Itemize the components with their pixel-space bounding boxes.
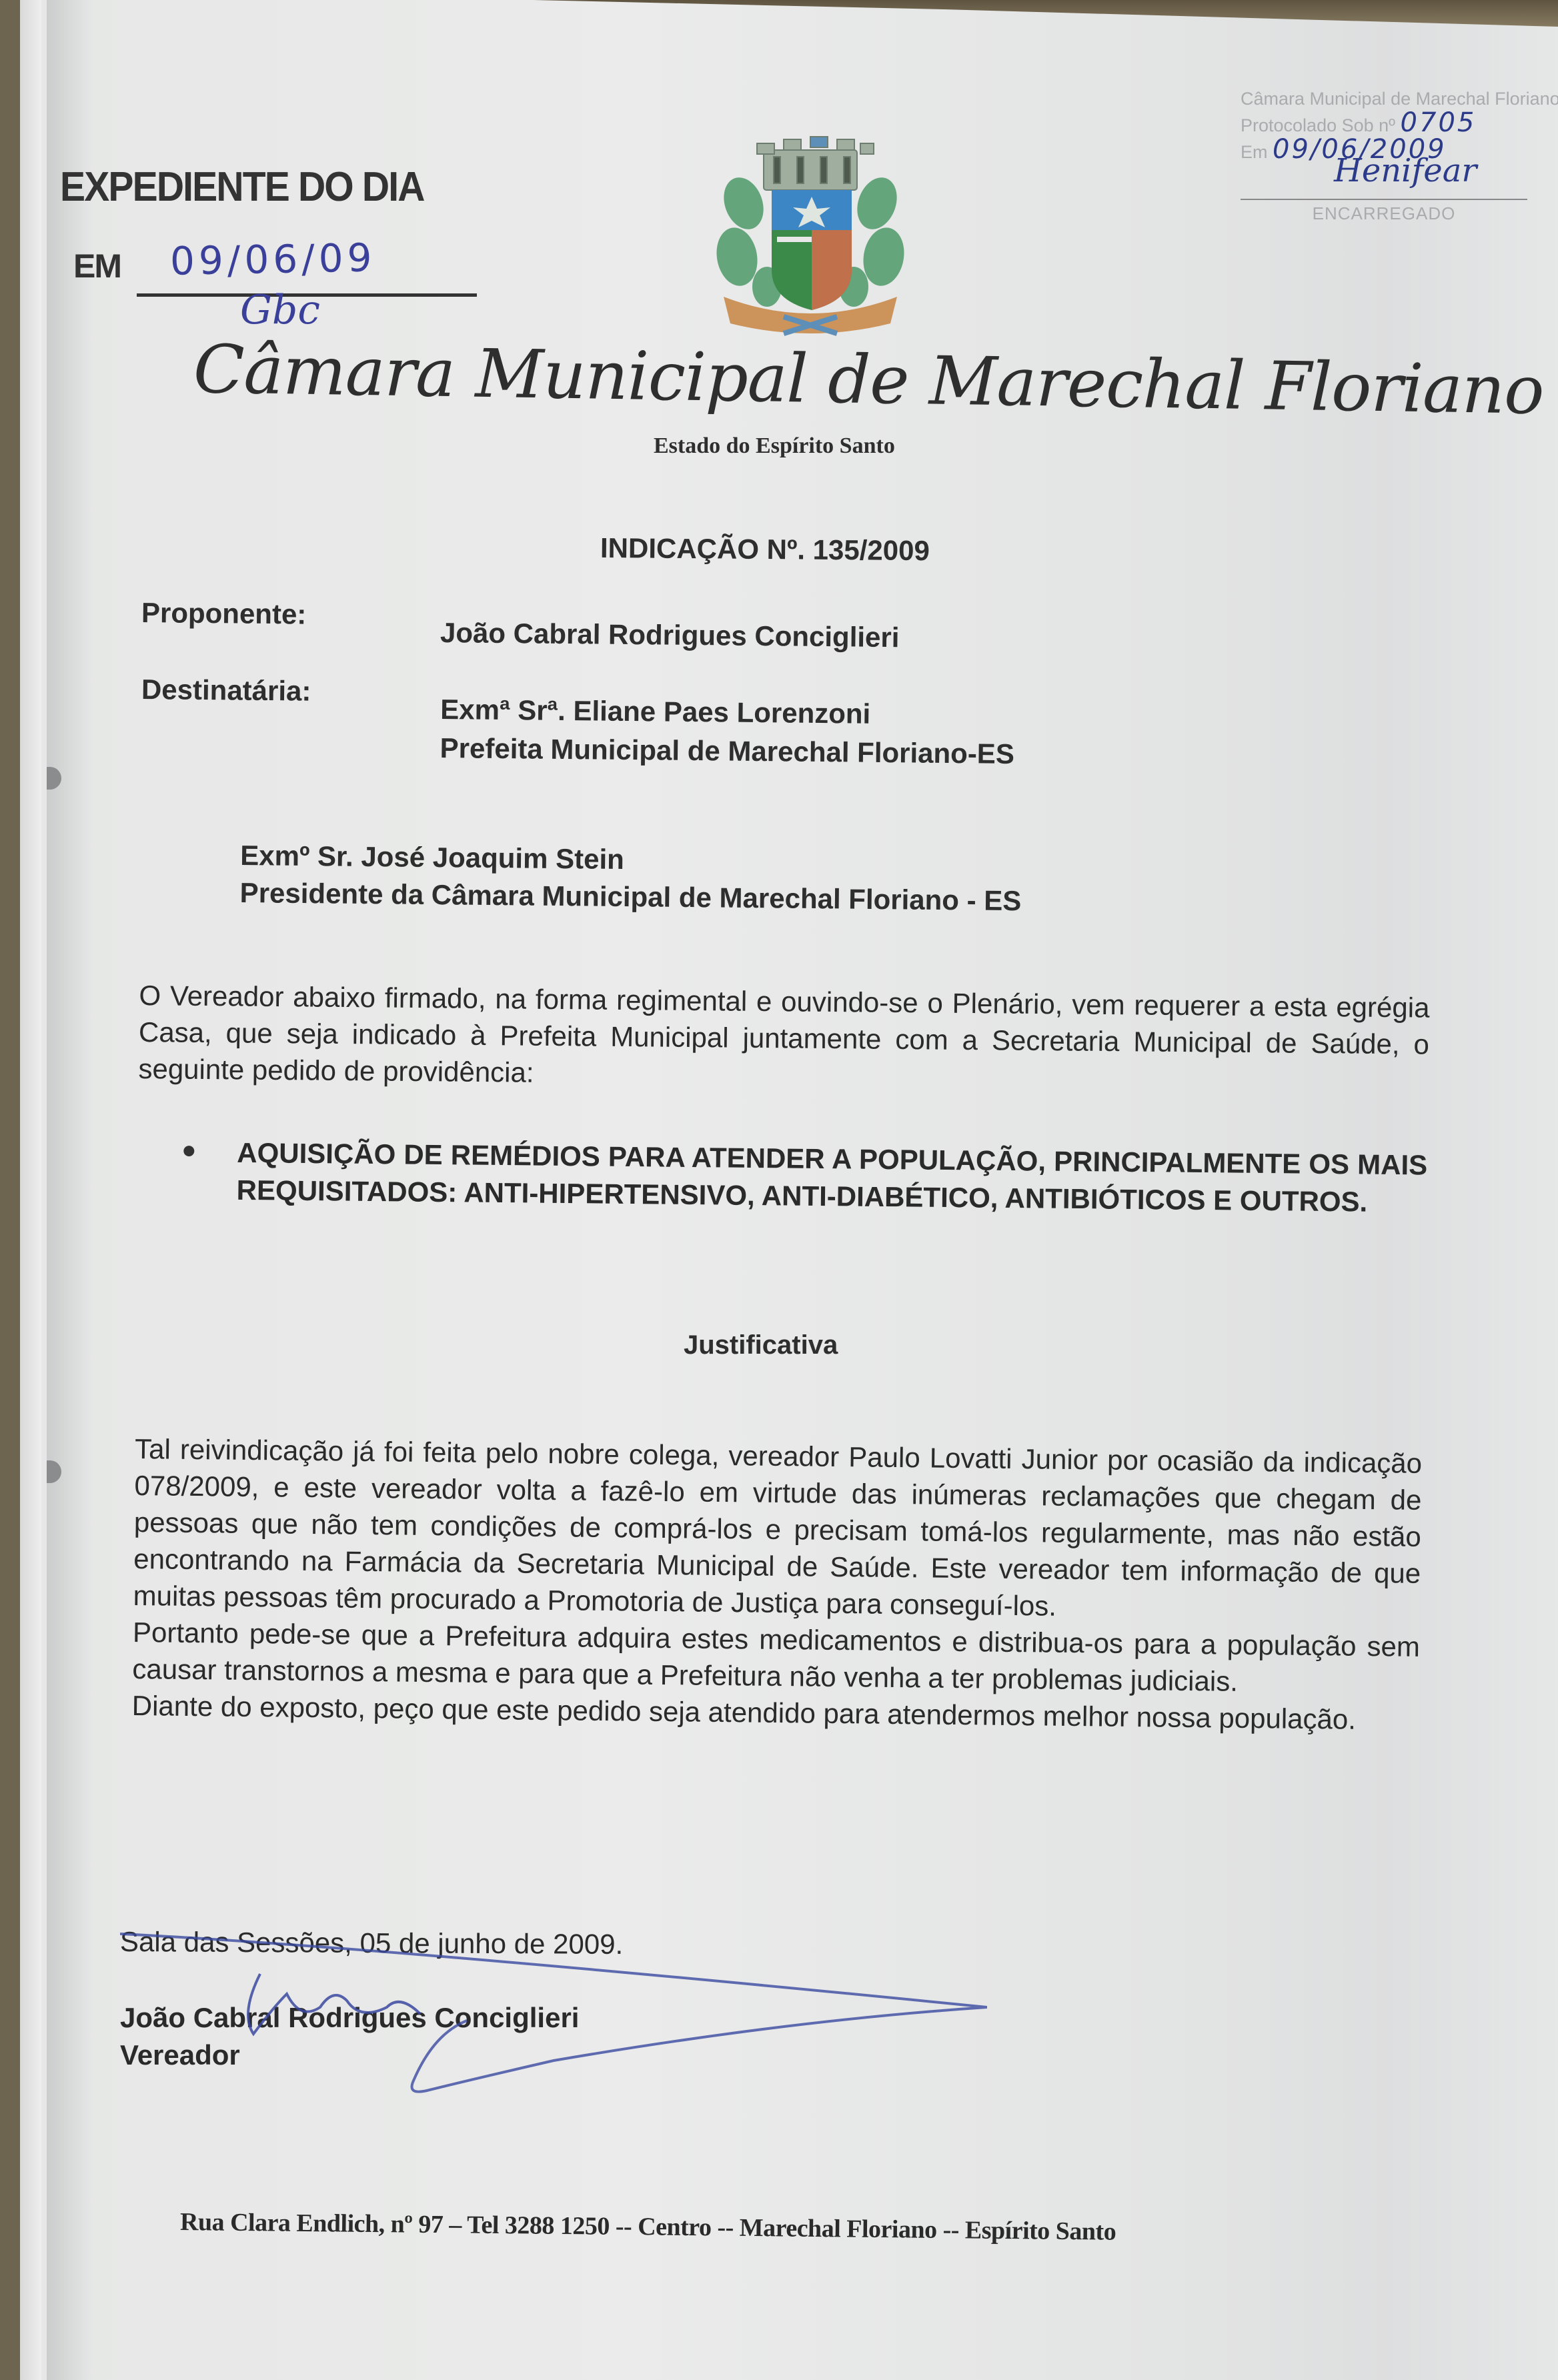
indicacao-title: INDICAÇÃO Nº. 135/2009	[600, 532, 930, 567]
expediente-date: 09/06/09	[169, 235, 376, 283]
institution-state: Estado do Espírito Santo	[654, 433, 895, 459]
handwritten-signature-icon: Henifear	[1334, 159, 1477, 183]
stamp-institution: Câmara Municipal de Marechal Floriano	[1241, 87, 1558, 111]
institution-name: Câmara Municipal de Marechal Floriano	[193, 330, 1435, 427]
binder-spine	[20, 0, 41, 2380]
addressee-title: Presidente da Câmara Municipal de Marech…	[239, 874, 1021, 920]
destinataria-label: Destinatária:	[141, 674, 311, 708]
signer-role: Vereador	[120, 2037, 579, 2074]
protocol-stamp: Câmara Municipal de Marechal Floriano Pr…	[1241, 87, 1558, 225]
expediente-em-label: EM	[73, 247, 121, 285]
stamp-signature-line: Henifear	[1241, 179, 1527, 200]
signer-name: João Cabral Rodrigues Conciglieri	[120, 1999, 579, 2037]
intro-paragraph: O Vereador abaixo firmado, na forma regi…	[138, 977, 1429, 1100]
stamp-date-label: Em	[1241, 142, 1268, 162]
justificativa-title: Justificativa	[684, 1330, 838, 1360]
signer-block: João Cabral Rodrigues Conciglieri Veread…	[120, 1999, 579, 2074]
stamp-role-label: ENCARREGADO	[1241, 201, 1527, 225]
addressee-block: Exmº Sr. José Joaquim Stein Presidente d…	[239, 837, 1022, 920]
expediente-title: EXPEDIENTE DO DIA	[60, 163, 424, 211]
handwritten-rubric-icon: Gbc	[240, 287, 320, 333]
justificativa-paragraph: Portanto pede-se que a Prefeitura adquir…	[132, 1614, 1420, 1702]
request-item: AQUISIÇÃO DE REMÉDIOS PARA ATENDER A POP…	[236, 1134, 1427, 1222]
coat-of-arms-icon	[710, 130, 910, 337]
justificativa-body: Tal reivindicação já foi feita pelo nobr…	[132, 1430, 1423, 1738]
request-list: AQUISIÇÃO DE REMÉDIOS PARA ATENDER A POP…	[183, 1134, 1427, 1222]
stamp-date-day: 09	[1273, 134, 1311, 165]
destinataria-title: Prefeita Municipal de Marechal Floriano-…	[440, 729, 1014, 774]
document-page: Câmara Municipal de Marechal Floriano Pr…	[20, 0, 1558, 2380]
place-and-date: Sala das Sessões, 05 de junho de 2009.	[120, 1926, 623, 1961]
justificativa-paragraph: Tal reivindicação já foi feita pelo nobr…	[133, 1430, 1422, 1628]
footer-address: Rua Clara Endlich, nº 97 – Tel 3288 1250…	[180, 2207, 1116, 2247]
stamp-protocol-label: Protocolado Sob nº	[1241, 115, 1395, 135]
page-fold-shadow	[47, 0, 93, 2380]
proponente-label: Proponente:	[141, 597, 307, 631]
destinataria-value: Exmª Srª. Eliane Paes Lorenzoni Prefeita…	[440, 690, 1014, 774]
destinataria-name: Exmª Srª. Eliane Paes Lorenzoni	[440, 690, 1015, 735]
proponente-value: João Cabral Rodrigues Conciglieri	[440, 617, 900, 654]
bullet-icon	[183, 1146, 194, 1156]
